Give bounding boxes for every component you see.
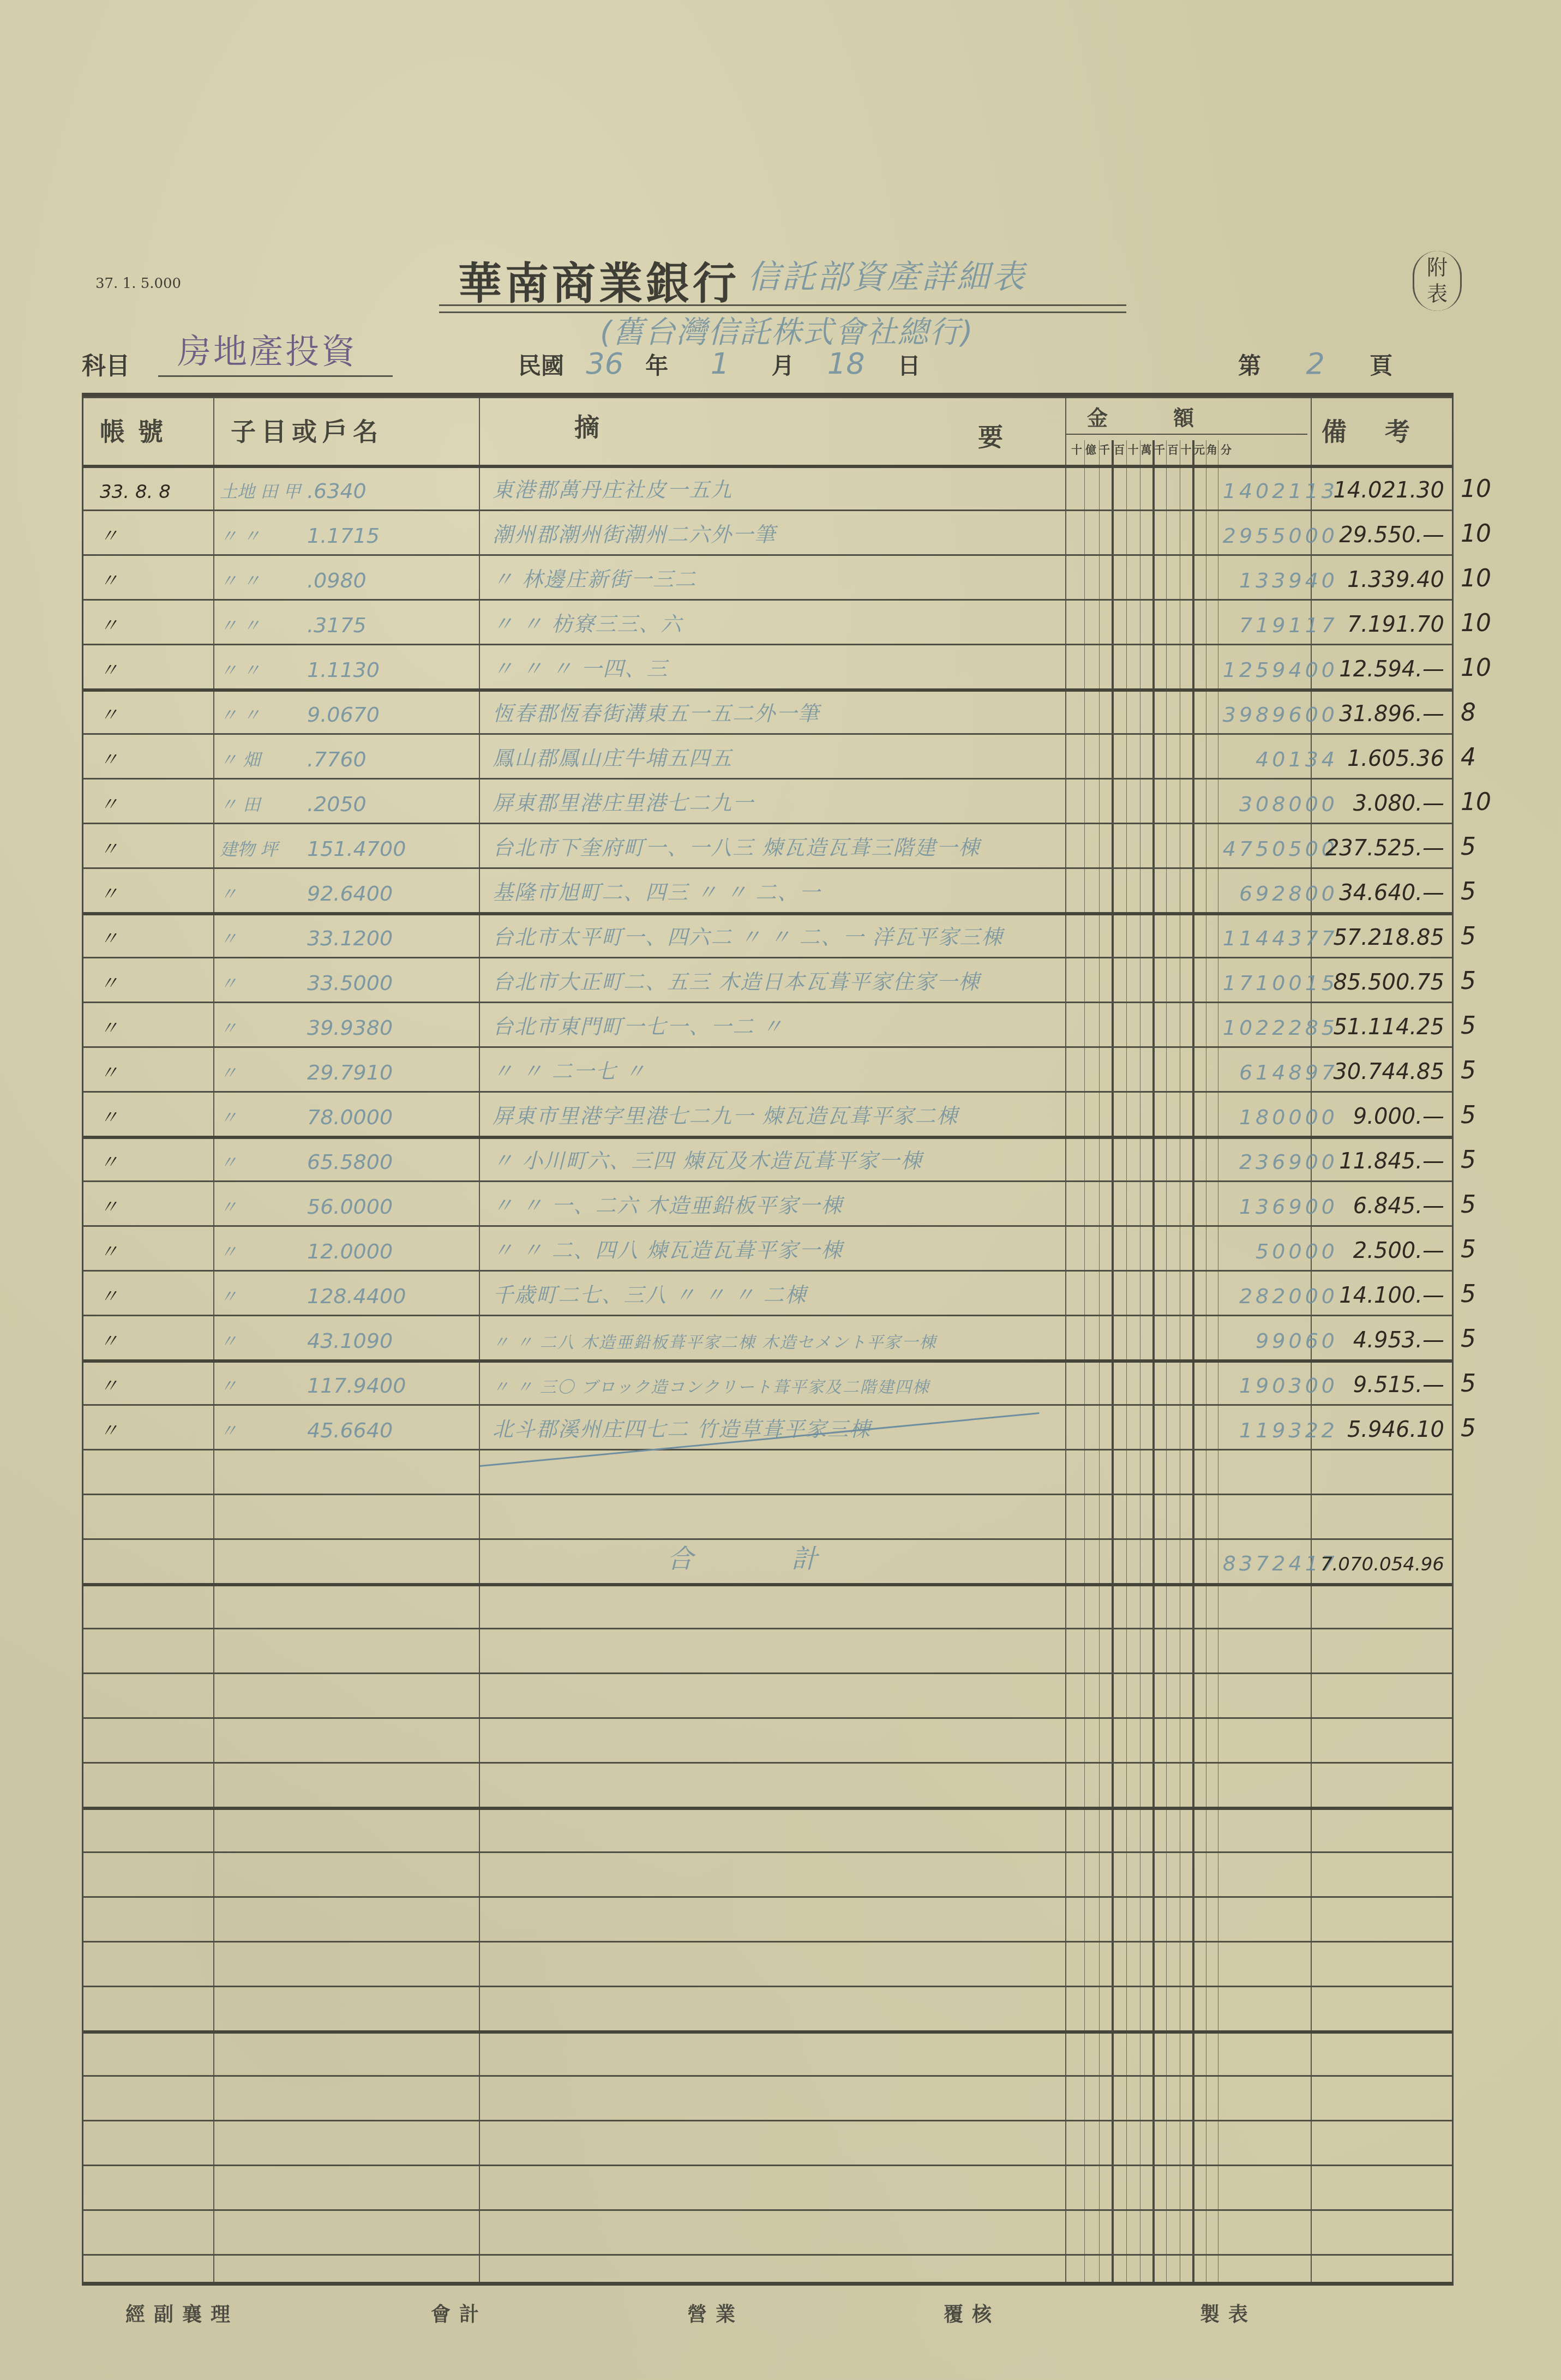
signature-manager: 經副襄理 — [125, 2299, 239, 2327]
account-no: 〃 — [100, 924, 209, 950]
account-no: 〃 — [100, 610, 209, 637]
digit-header: 億 — [1084, 441, 1098, 457]
remarks: 7.191.70 — [1316, 612, 1444, 637]
page-number: 2 — [1269, 346, 1362, 381]
remarks: 29.550.— — [1316, 523, 1444, 548]
area: 56.0000 — [307, 1195, 482, 1219]
amount: 136900 — [1136, 1195, 1338, 1219]
remarks: 30.744.85 — [1316, 1059, 1444, 1084]
area: .2050 — [307, 792, 482, 816]
side-note: 5 — [1461, 1057, 1510, 1084]
account-value: 房地產投資 — [177, 325, 357, 373]
table-row: 〃 〃 128.4400 千歳町二七、三八 〃 〃 〃 二棟 282000 14… — [83, 1270, 1452, 1315]
summary: 潮州郡潮州街潮州二六外一筆 — [493, 518, 1071, 548]
summary: 〃 〃 一、二六 木造亜鉛板平家一棟 — [493, 1189, 1071, 1219]
summary: 台北市東門町一七一、一二 〃 — [493, 1010, 1071, 1040]
appendix-mark-bottom: 表 — [1414, 280, 1460, 307]
amount: 1710015 — [1136, 971, 1338, 995]
sub-item: 〃 — [220, 1283, 285, 1308]
sub-item: 〃 〃 — [220, 567, 285, 592]
amount: 99060 — [1136, 1329, 1338, 1353]
table-row: 〃 〃 〃 1.1715 潮州郡潮州街潮州二六外一筆 2955000 29.55… — [83, 509, 1452, 554]
table-row: 33. 8. 8 土地 田 甲 .6340 東港郡萬丹庄社皮一五九 140211… — [83, 465, 1452, 509]
amount: 614897 — [1136, 1060, 1338, 1084]
amount: 236900 — [1136, 1150, 1338, 1174]
area: 1.1130 — [307, 658, 482, 682]
area: 128.4400 — [307, 1284, 482, 1308]
column-header-amount: 金額 — [1087, 401, 1259, 431]
ledger-table: 帳號 子目或戶名 摘 要 金額 備考 十 億 千 百 十 萬 千 百 十 元 角… — [82, 393, 1454, 2286]
summary: 基隆市旭町二、四三 〃 〃 二、一 — [493, 876, 1071, 906]
table-row: 〃 〃 56.0000 〃 〃 一、二六 木造亜鉛板平家一棟 136900 6.… — [83, 1180, 1452, 1225]
total-row: 合計 8372417 7.070.054.96 — [83, 1538, 1452, 1583]
account-no: 〃 — [100, 1281, 209, 1308]
column-header-sub-item: 子目或戶名 — [231, 412, 383, 448]
remarks: 3.080.— — [1316, 791, 1444, 816]
account-no: 〃 — [100, 1192, 209, 1219]
digit-header: 百 — [1112, 441, 1126, 457]
area: 12.0000 — [307, 1239, 482, 1263]
remarks: 6.845.— — [1316, 1194, 1444, 1219]
sub-item: 〃 — [220, 880, 285, 906]
summary: 千歳町二七、三八 〃 〃 〃 二棟 — [493, 1278, 1071, 1308]
date-day: 18 — [802, 346, 890, 381]
remarks: 85.500.75 — [1316, 970, 1444, 995]
sub-item: 〃 〃 — [220, 612, 285, 637]
table-row: 〃 〃 78.0000 屏東市里港字里港七二九一 煉瓦造瓦葺平家二棟 18000… — [83, 1091, 1452, 1136]
area: .0980 — [307, 568, 482, 592]
account-no: 33. 8. 8 — [100, 481, 209, 503]
area: .7760 — [307, 747, 482, 771]
remarks: 237.525.— — [1316, 836, 1444, 861]
side-note: 5 — [1461, 967, 1510, 995]
side-note: 10 — [1461, 475, 1510, 503]
digit-header: 萬 — [1140, 441, 1152, 457]
date-day-label: 日 — [898, 348, 921, 381]
digit-header: 十 — [1126, 441, 1140, 457]
area: 117.9400 — [307, 1374, 482, 1398]
side-note: 10 — [1461, 565, 1510, 592]
account-no: 〃 — [100, 879, 209, 906]
table-row: 〃 〃 117.9400 〃 〃 三〇 ブロック造コンクリート葺平家及二階建四棟… — [83, 1359, 1452, 1404]
remarks: 12.594.— — [1316, 657, 1444, 682]
amount: 1144377 — [1136, 926, 1338, 950]
summary: 台北市太平町一、四六二 〃 〃 二、一 洋瓦平家三棟 — [493, 920, 1071, 950]
side-note: 5 — [1461, 833, 1510, 861]
amount: 282000 — [1136, 1284, 1338, 1308]
area: 78.0000 — [307, 1105, 482, 1129]
amount: 190300 — [1136, 1374, 1338, 1398]
amount: 40134 — [1136, 747, 1338, 771]
digit-header: 千 — [1153, 441, 1166, 457]
account-no: 〃 — [100, 521, 209, 548]
table-row: 〃 〃 〃 .0980 〃 林邊庄新街一三二 133940 1.339.40 1… — [83, 554, 1452, 599]
date-year: 36 — [572, 346, 638, 381]
area: 33.5000 — [307, 971, 482, 995]
amount: 119322 — [1136, 1418, 1338, 1442]
digit-header: 千 — [1098, 441, 1111, 457]
side-note: 5 — [1461, 878, 1510, 906]
amount: 1402113 — [1136, 479, 1338, 503]
amount: 133940 — [1136, 568, 1338, 592]
area: 43.1090 — [307, 1329, 482, 1353]
digit-header: 百 — [1166, 441, 1180, 457]
account-no: 〃 — [100, 1058, 209, 1084]
digit-header: 角 — [1206, 441, 1218, 457]
page-prefix: 第 — [1238, 352, 1261, 379]
remarks: 1.339.40 — [1316, 567, 1444, 592]
side-note: 8 — [1461, 699, 1510, 727]
area: .3175 — [307, 613, 482, 637]
account-no: 〃 — [100, 700, 209, 727]
area: 65.5800 — [307, 1150, 482, 1174]
area: 1.1715 — [307, 524, 482, 548]
signature-footer: 經副襄理 會計 營業 覆核 製表 — [125, 2299, 1380, 2332]
table-row: 〃 〃 45.6640 北斗郡溪州庄四七二 竹造草葺平家三棟 119322 5.… — [83, 1404, 1452, 1449]
sub-item: 〃 — [220, 1149, 285, 1174]
account-no: 〃 — [100, 834, 209, 861]
side-note: 5 — [1461, 1101, 1510, 1129]
account-no: 〃 — [100, 1326, 209, 1353]
side-note: 5 — [1461, 1370, 1510, 1398]
side-note: 10 — [1461, 788, 1510, 816]
area: 9.0670 — [307, 703, 482, 727]
sub-item: 〃 〃 — [220, 657, 285, 682]
area: 45.6640 — [307, 1418, 482, 1442]
side-note: 5 — [1461, 1325, 1510, 1353]
summary: 〃 〃 二八 木造亜鉛板葺平家二棟 木造セメント平家一棟 — [493, 1329, 1071, 1353]
table-row: 〃 〃 33.5000 台北市大正町二、五三 木造日本瓦葺平家住家一棟 1710… — [83, 957, 1452, 1002]
amount: 692800 — [1136, 882, 1338, 906]
remarks: 4.953.— — [1316, 1328, 1444, 1353]
area: 151.4700 — [307, 837, 482, 861]
area: 39.9380 — [307, 1016, 482, 1040]
sub-item: 〃 — [220, 1104, 285, 1129]
account-no: 〃 — [100, 1237, 209, 1263]
side-note: 5 — [1461, 1012, 1510, 1040]
table-row: 〃 〃 29.7910 〃 〃 二一七 〃 614897 30.744.85 5 — [83, 1046, 1452, 1091]
side-note: 5 — [1461, 1414, 1510, 1442]
amount: 2955000 — [1136, 524, 1338, 548]
side-note: 5 — [1461, 1236, 1510, 1263]
sub-item: 〃 〃 — [220, 702, 285, 727]
amount: 1259400 — [1136, 658, 1338, 682]
summary: 屏東郡里港庄里港七二九一 — [493, 786, 1071, 816]
side-note: 10 — [1461, 654, 1510, 682]
sub-item: 〃 田 — [220, 791, 285, 816]
summary: 〃 〃 枋寮三三、六 — [493, 607, 1071, 637]
remarks: 34.640.— — [1316, 880, 1444, 906]
appendix-mark: 附 表 — [1413, 251, 1462, 311]
summary: 〃 小川町六、三四 煉瓦及木造瓦葺平家一棟 — [493, 1144, 1071, 1174]
appendix-mark-top: 附 — [1414, 254, 1460, 280]
table-row: 〃 〃 畑 .7760 鳳山郡鳳山庄牛埔五四五 40134 1.605.36 4 — [83, 733, 1452, 778]
table-row: 〃 〃 92.6400 基隆市旭町二、四三 〃 〃 二、一 692800 34.… — [83, 867, 1452, 912]
sub-item: 〃 — [220, 1059, 285, 1084]
summary: 台北市下奎府町一、一八三 煉瓦造瓦葺三階建一棟 — [493, 831, 1071, 861]
remarks: 9.515.— — [1316, 1372, 1444, 1398]
side-note: 10 — [1461, 520, 1510, 548]
summary: 恆春郡恆春街溝東五一五二外一筆 — [493, 697, 1071, 727]
summary: 〃 〃 三〇 ブロック造コンクリート葺平家及二階建四棟 — [493, 1374, 1071, 1398]
sub-item: 〃 — [220, 1372, 285, 1398]
sub-item: 〃 — [220, 925, 285, 950]
table-row: 〃 建物 坪 151.4700 台北市下奎府町一、一八三 煉瓦造瓦葺三階建一棟 … — [83, 823, 1452, 867]
account-no: 〃 — [100, 1102, 209, 1129]
summary: 〃 〃 〃 一四、三 — [493, 652, 1071, 682]
amount: 50000 — [1136, 1239, 1338, 1263]
remarks: 9.000.— — [1316, 1104, 1444, 1129]
date-prefix: 民國 — [518, 348, 564, 381]
sub-item: 土地 田 甲 — [220, 478, 285, 503]
summary: 台北市大正町二、五三 木造日本瓦葺平家住家一棟 — [493, 965, 1071, 995]
digit-header: 分 — [1218, 441, 1234, 457]
digit-header: 十 — [1070, 441, 1084, 457]
column-header-summary-left: 摘 — [574, 407, 613, 443]
amount: 4750500 — [1136, 837, 1338, 861]
remarks: 1.605.36 — [1316, 746, 1444, 771]
sub-item: 〃 〃 — [220, 523, 285, 548]
summary: 東港郡萬丹庄社皮一五九 — [493, 473, 1071, 503]
column-header-remarks: 備考 — [1322, 412, 1448, 448]
column-header-summary-right: 要 — [978, 417, 1016, 453]
amount: 180000 — [1136, 1105, 1338, 1129]
area: 33.1200 — [307, 926, 482, 950]
sub-item: 〃 — [220, 1417, 285, 1442]
account-no: 〃 — [100, 745, 209, 771]
remarks: 14.100.— — [1316, 1283, 1444, 1308]
date-row: 民國 36 年 1 月 18 日 — [518, 346, 921, 381]
remarks: 2.500.— — [1316, 1238, 1444, 1263]
side-note: 5 — [1461, 1191, 1510, 1219]
sub-item: 〃 — [220, 970, 285, 995]
sub-item: 〃 畑 — [220, 746, 285, 771]
area: .6340 — [307, 479, 482, 503]
remarks: 14.021.30 — [1316, 478, 1444, 503]
summary: 〃 〃 二、四八 煉瓦造瓦葺平家一棟 — [493, 1233, 1071, 1263]
table-row: 〃 〃 〃 1.1130 〃 〃 〃 一四、三 1259400 12.594.—… — [83, 644, 1452, 688]
signature-review: 覆核 — [944, 2299, 1000, 2327]
sub-item: 〃 — [220, 1238, 285, 1263]
sub-item: 〃 — [220, 1015, 285, 1040]
table-row: 〃 〃 〃 9.0670 恆春郡恆春街溝東五一五二外一筆 3989600 31.… — [83, 688, 1452, 733]
remarks: 31.896.— — [1316, 702, 1444, 727]
account-no: 〃 — [100, 1371, 209, 1398]
area: 29.7910 — [307, 1060, 482, 1084]
summary: 〃 〃 二一七 〃 — [493, 1054, 1071, 1084]
table-row: 〃 〃 65.5800 〃 小川町六、三四 煉瓦及木造瓦葺平家一棟 236900… — [83, 1136, 1452, 1180]
side-note: 5 — [1461, 922, 1510, 950]
digit-header: 十 — [1180, 441, 1192, 457]
account-no: 〃 — [100, 566, 209, 592]
account-label: 科目 — [82, 346, 130, 381]
amount: 1022285 — [1136, 1016, 1338, 1040]
amount: 719117 — [1136, 613, 1338, 637]
report-subtitle: (舊台灣信託株式會社總行) — [600, 308, 974, 352]
remarks: 11.845.— — [1316, 1149, 1444, 1174]
report-title: 信託部資產詳細表 — [747, 251, 1026, 298]
table-row: 〃 〃 田 .2050 屏東郡里港庄里港七二九一 308000 3.080.— … — [83, 778, 1452, 823]
date-month: 1 — [676, 346, 764, 381]
summary: 〃 林邊庄新街一三二 — [493, 562, 1071, 592]
side-note: 5 — [1461, 1280, 1510, 1308]
remarks: 57.218.85 — [1316, 925, 1444, 950]
account-no: 〃 — [100, 1013, 209, 1040]
account-no: 〃 — [100, 1416, 209, 1442]
total-amount: 8372417 — [1136, 1551, 1338, 1575]
account-no: 〃 — [100, 655, 209, 682]
sub-item: 〃 — [220, 1328, 285, 1353]
total-remarks: 7.070.054.96 — [1316, 1554, 1444, 1575]
signature-business: 營業 — [687, 2299, 744, 2327]
date-month-label: 月 — [772, 348, 795, 381]
amount: 308000 — [1136, 792, 1338, 816]
digit-header: 元 — [1193, 441, 1206, 457]
account-no: 〃 — [100, 789, 209, 816]
account-no: 〃 — [100, 1147, 209, 1174]
remarks: 5.946.10 — [1316, 1417, 1444, 1442]
table-row: 〃 〃 〃 .3175 〃 〃 枋寮三三、六 719117 7.191.70 1… — [83, 599, 1452, 644]
total-label: 合計 — [667, 1538, 916, 1575]
page-suffix: 頁 — [1370, 352, 1392, 379]
date-year-label: 年 — [645, 348, 668, 381]
bank-name: 華南商業銀行 — [458, 248, 740, 311]
side-note: 10 — [1461, 609, 1510, 637]
table-row: 〃 〃 33.1200 台北市太平町一、四六二 〃 〃 二、一 洋瓦平家三棟 1… — [83, 912, 1452, 957]
summary: 鳳山郡鳳山庄牛埔五四五 — [493, 741, 1071, 771]
sub-item: 建物 坪 — [220, 836, 285, 861]
side-note: 5 — [1461, 1146, 1510, 1174]
page-number-row: 第 2 頁 — [1238, 346, 1392, 381]
amount: 3989600 — [1136, 703, 1338, 727]
remarks: 51.114.25 — [1316, 1015, 1444, 1040]
form-code: 37. 1. 5.000 — [95, 275, 181, 292]
table-row: 〃 〃 12.0000 〃 〃 二、四八 煉瓦造瓦葺平家一棟 50000 2.5… — [83, 1225, 1452, 1270]
signature-preparer: 製表 — [1200, 2299, 1257, 2327]
side-note: 4 — [1461, 744, 1510, 771]
area: 92.6400 — [307, 882, 482, 906]
table-row: 〃 〃 43.1090 〃 〃 二八 木造亜鉛板葺平家二棟 木造セメント平家一棟… — [83, 1315, 1452, 1359]
table-row: 〃 〃 39.9380 台北市東門町一七一、一二 〃 1022285 51.11… — [83, 1002, 1452, 1046]
column-header-account-no: 帳號 — [100, 412, 176, 448]
signature-accounting: 會計 — [431, 2299, 488, 2327]
account-underline — [158, 375, 393, 377]
sub-item: 〃 — [220, 1194, 285, 1219]
summary: 屏東市里港字里港七二九一 煉瓦造瓦葺平家二棟 — [493, 1099, 1071, 1129]
account-no: 〃 — [100, 968, 209, 995]
